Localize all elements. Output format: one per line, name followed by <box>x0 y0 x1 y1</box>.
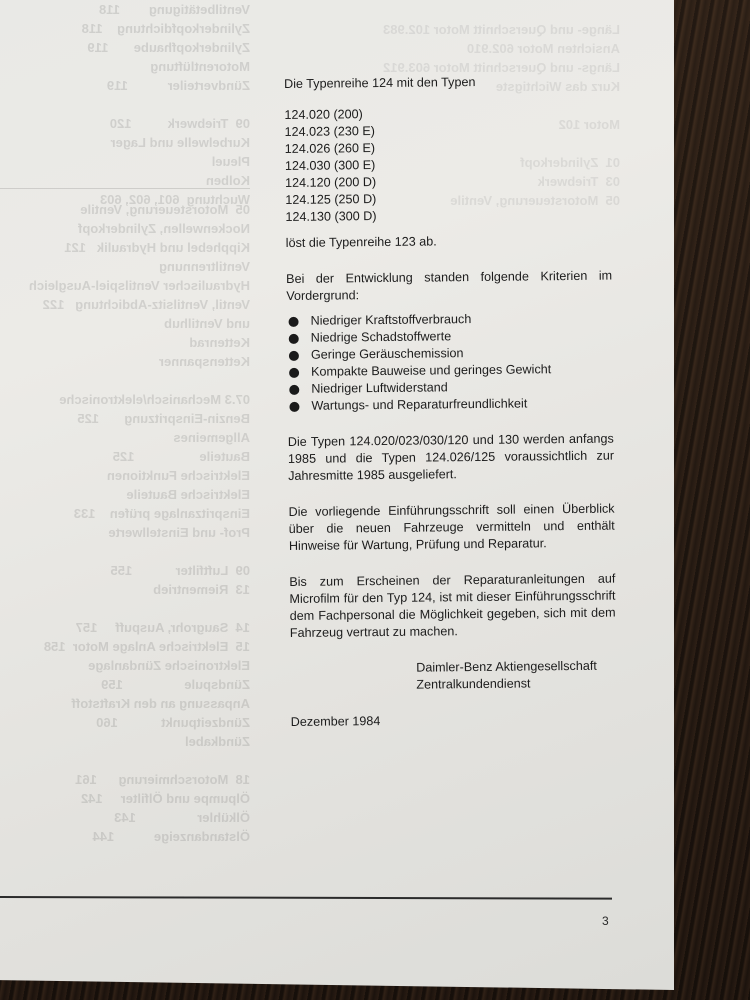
microfilm-paragraph: Bis zum Erscheinen der Reparaturanleitun… <box>289 571 616 642</box>
bullet-icon <box>289 334 299 344</box>
signature-block: Daimler-Benz Aktiengesellschaft Zentralk… <box>416 658 616 694</box>
page-number: 3 <box>602 914 609 928</box>
criteria-label: Niedriger Kraftstoffverbrauch <box>310 312 471 328</box>
bleed-through-left-column-2: 05 Motorsteuerung, Ventile Nockenwellen,… <box>0 200 250 846</box>
intro-text: Die Typenreihe 124 mit den Typen <box>284 73 610 93</box>
document-page: Ventilbetätigung 118 Zylinderkopfdichtun… <box>0 0 674 990</box>
signature-department: Zentralkundendienst <box>416 675 616 694</box>
delivery-paragraph: Die Typen 124.020/023/030/120 und 130 we… <box>288 431 615 485</box>
bleed-through-rule <box>0 188 250 189</box>
footer-divider <box>0 896 612 900</box>
criteria-label: Kompakte Bauweise und geringes Gewicht <box>311 362 551 379</box>
bullet-icon <box>289 317 299 327</box>
criteria-list: Niedriger Kraftstoffverbrauch Niedrige S… <box>286 310 613 415</box>
criteria-label: Wartungs- und Reparaturfreundlichkeit <box>311 396 527 412</box>
bullet-icon <box>289 351 299 361</box>
document-body: Die Typenreihe 124 mit den Typen 124.020… <box>284 73 617 731</box>
replaces-text: löst die Typenreihe 123 ab. <box>286 232 612 252</box>
bullet-icon <box>289 385 299 395</box>
bullet-icon <box>289 402 299 412</box>
signature-company: Daimler-Benz Aktiengesellschaft <box>416 658 616 677</box>
criteria-label: Geringe Geräuschemission <box>311 346 464 362</box>
criteria-label: Niedrige Schadstoffwerte <box>311 329 452 344</box>
type-item: 124.130 (300 D) <box>285 206 611 226</box>
criteria-label: Niedriger Luftwiderstand <box>311 380 448 395</box>
type-list: 124.020 (200) 124.023 (230 E) 124.026 (2… <box>284 104 611 226</box>
document-date: Dezember 1984 <box>291 711 617 731</box>
criteria-intro: Bei der Entwicklung standen folgende Kri… <box>286 268 612 305</box>
bullet-icon <box>289 368 299 378</box>
purpose-paragraph: Die vorliegende Einführungsschrift soll … <box>288 501 615 555</box>
criteria-item: Wartungs- und Reparaturfreundlichkeit <box>287 395 613 415</box>
bleed-through-left-column: Ventilbetätigung 118 Zylinderkopfdichtun… <box>0 0 250 209</box>
